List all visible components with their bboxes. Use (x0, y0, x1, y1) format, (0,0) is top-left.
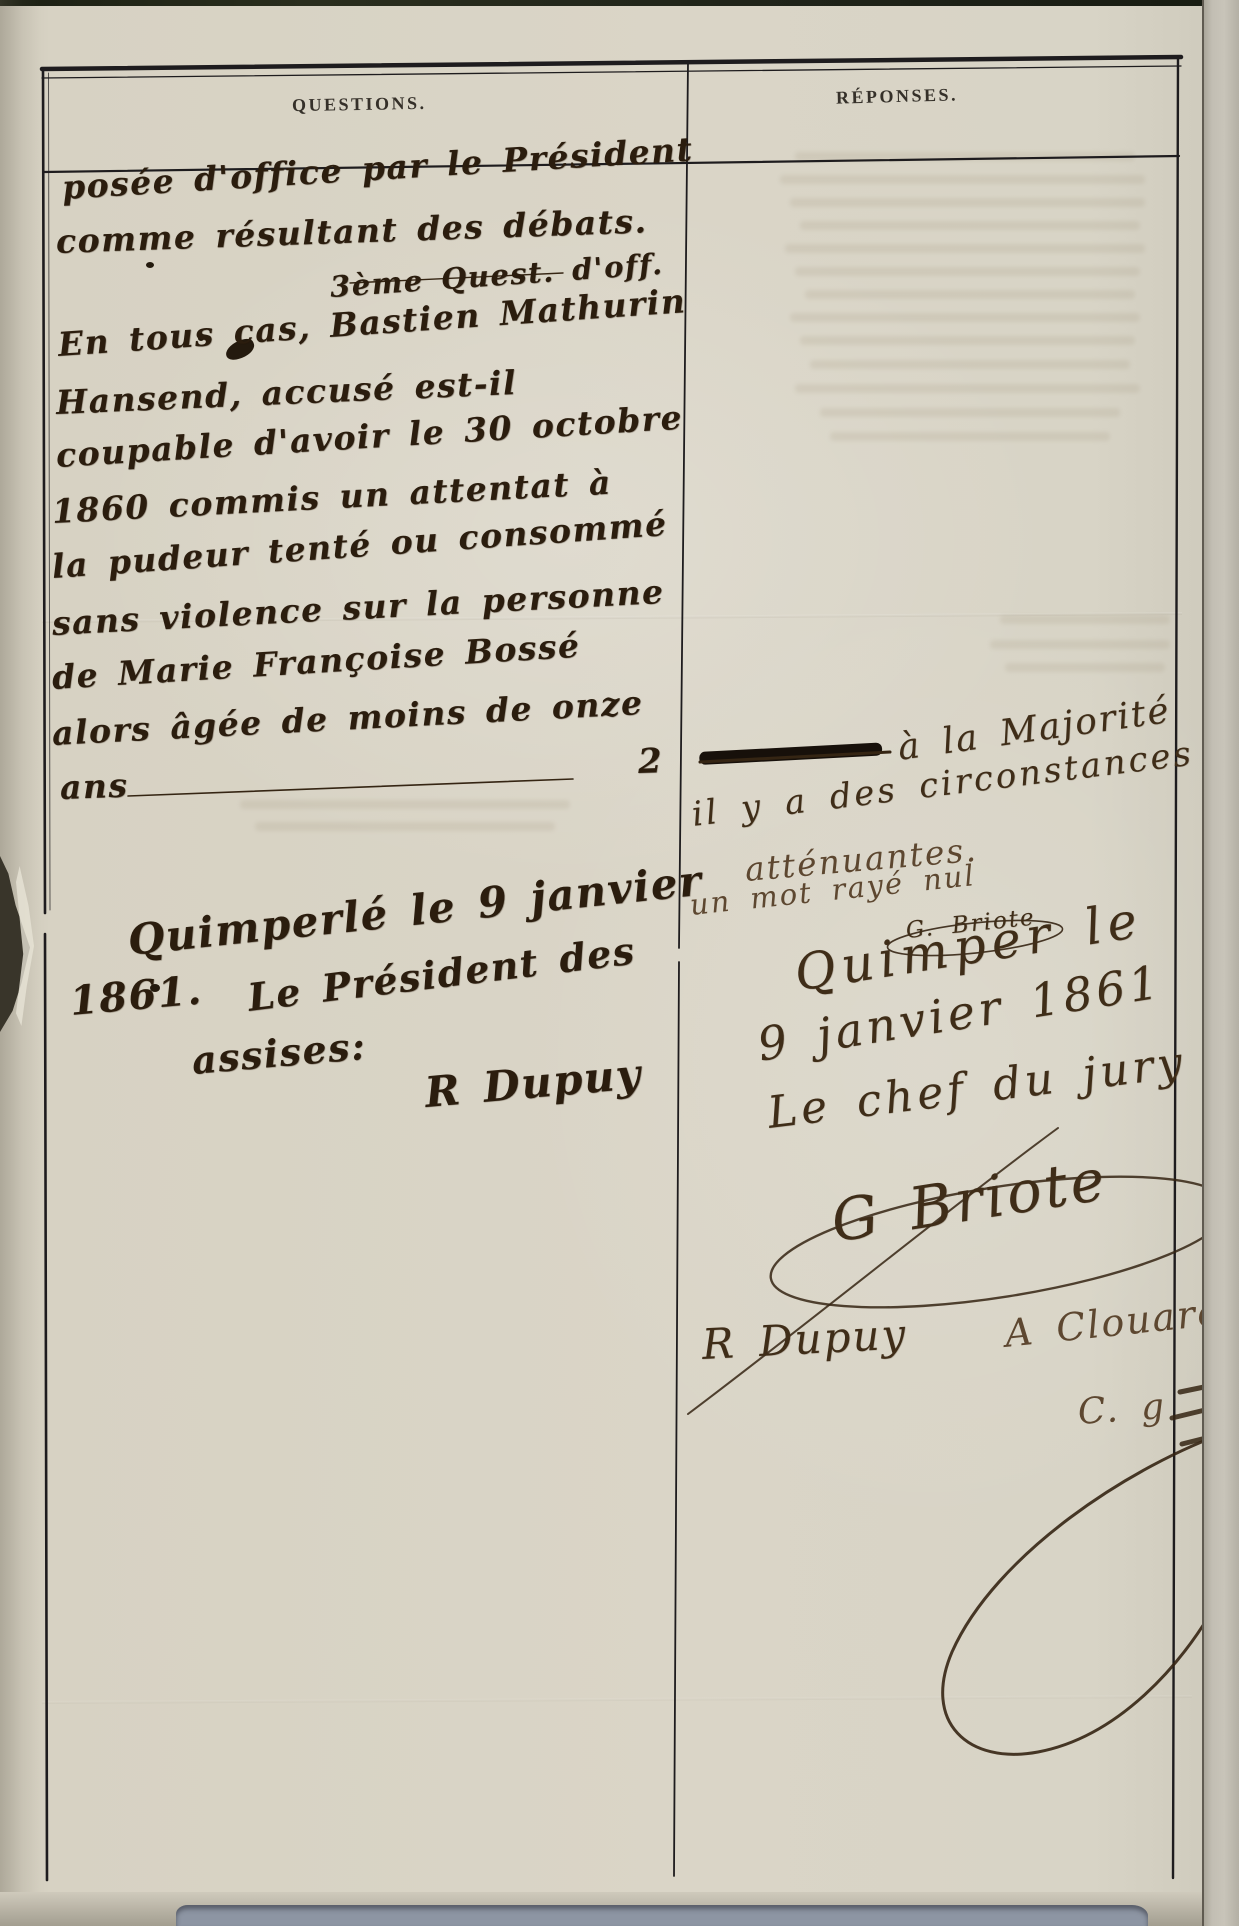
column-divider-lower (674, 962, 679, 1876)
table-left-border-upper (43, 69, 45, 913)
table-left-border-inner (49, 73, 51, 910)
page-right-edge (1202, 0, 1239, 1926)
signature-initials: C. g (1077, 1386, 1168, 1433)
large-loop-flourish (943, 1430, 1233, 1754)
scan-bottom-band (176, 1905, 1148, 1926)
question-number: 2 (637, 741, 664, 782)
column-divider-upper (679, 62, 688, 948)
scanned-court-document: QUESTIONS. RÉPONSES. posée d'office par … (0, 0, 1239, 1926)
table-right-border (1173, 57, 1178, 1878)
table-left-border-lower (45, 934, 47, 1880)
question-line: ans (59, 766, 129, 807)
questions-column-header: QUESTIONS. (292, 93, 427, 116)
question-end-dash (128, 779, 573, 796)
reponses-column-header: RÉPONSES. (836, 84, 959, 108)
